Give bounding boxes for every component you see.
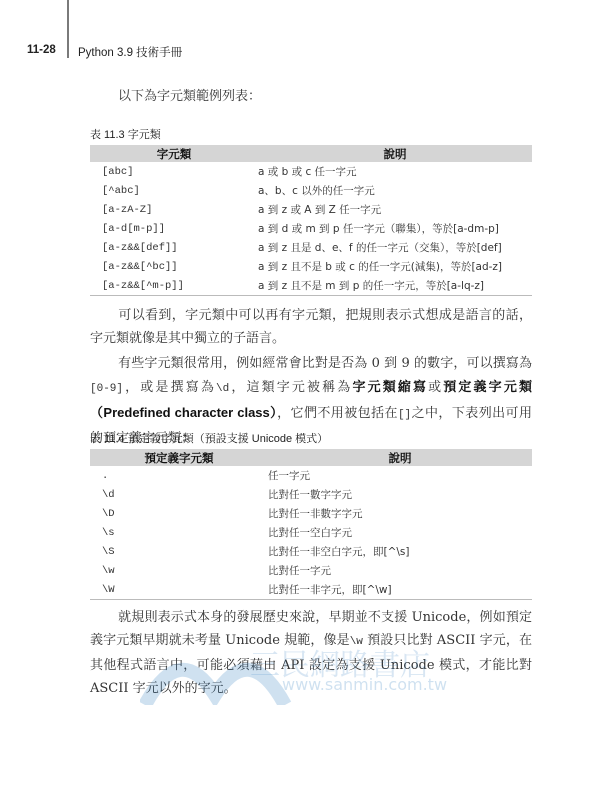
- description-cell: 比對任一非數字字元: [268, 504, 532, 523]
- table-row: [a-z&&[def]]a 到 z 且是 d、e、f 的任一字元（交集），等於[…: [90, 238, 532, 257]
- paragraph-text: ，或是撰寫為: [123, 380, 216, 395]
- bold-term: 字元類縮寫: [352, 379, 428, 394]
- page-number: 11-28: [27, 44, 56, 56]
- book-title: Python 3.9 技術手冊: [78, 44, 182, 60]
- description-cell: 任一字元: [268, 466, 532, 485]
- pattern-cell: \d: [90, 485, 268, 504]
- table-character-classes: 字元類 說明 [abc]a 或 b 或 c 任一字元 [^abc]a、b、c 以…: [90, 145, 532, 296]
- pattern-cell: [a-d[m-p]]: [90, 219, 258, 238]
- table2-caption: 表 11.4 預定義字元類（預設支援 Unicode 模式）: [90, 430, 328, 446]
- description-cell: a 到 z 且是 d、e、f 的任一字元（交集），等於[def]: [258, 238, 532, 257]
- pattern-cell: [a-zA-Z]: [90, 200, 258, 219]
- column-header-pattern: 字元類: [90, 145, 258, 162]
- column-header-pattern: 預定義字元類: [90, 449, 268, 466]
- pattern-cell: \s: [90, 523, 268, 542]
- pattern-cell: [a-z&&[^bc]]: [90, 257, 258, 276]
- table-row: \s比對任一空白字元: [90, 523, 532, 542]
- table-row: [a-d[m-p]]a 到 d 或 m 到 p 任一字元（聯集），等於[a-dm…: [90, 219, 532, 238]
- pattern-cell: \S: [90, 542, 268, 561]
- paragraph-text: 可以看到，字元類中可以再有字元類，把規則表示式想成是語言的話，字元類就像是其中獨…: [90, 308, 532, 346]
- pattern-cell: [abc]: [90, 162, 258, 181]
- table-row: .任一字元: [90, 466, 532, 485]
- paragraph-text: 或: [428, 380, 443, 395]
- table-header-row: 預定義字元類 說明: [90, 449, 532, 466]
- table-row: [a-z&&[^bc]]a 到 z 且不是 b 或 c 的任一字元(減集)，等於…: [90, 257, 532, 276]
- description-cell: 比對任一空白字元: [268, 523, 532, 542]
- watermark-url: www.sanmin.com.tw: [282, 675, 447, 694]
- pattern-cell: \W: [90, 580, 268, 600]
- pattern-cell: [^abc]: [90, 181, 258, 200]
- paragraph-text: 有些字元類很常用，例如經常會比對是否為 0 到 9 的數字，可以撰寫為: [118, 356, 532, 371]
- inline-code: [0-9]: [90, 383, 123, 395]
- intro-paragraph: 以下為字元類範例列表：: [90, 85, 532, 108]
- table-row: [abc]a 或 b 或 c 任一字元: [90, 162, 532, 181]
- description-cell: 比對任一字元: [268, 561, 532, 580]
- table-predefined-classes: 預定義字元類 說明 .任一字元 \d比對任一數字字元 \D比對任一非數字字元 \…: [90, 449, 532, 600]
- pattern-cell: [a-z&&[def]]: [90, 238, 258, 257]
- description-cell: a、b、c 以外的任一字元: [258, 181, 532, 200]
- description-cell: a 到 d 或 m 到 p 任一字元（聯集），等於[a-dm-p]: [258, 219, 532, 238]
- pattern-cell: \w: [90, 561, 268, 580]
- description-cell: 比對任一數字字元: [268, 485, 532, 504]
- table-row: \d比對任一數字字元: [90, 485, 532, 504]
- table-row: \S比對任一非空白字元，即[^\s]: [90, 542, 532, 561]
- pattern-cell: [a-z&&[^m-p]]: [90, 276, 258, 296]
- paragraph-text: ，它們不用被包括在: [277, 406, 398, 421]
- description-cell: a 到 z 或 A 到 Z 任一字元: [258, 200, 532, 219]
- table-row: \w比對任一字元: [90, 561, 532, 580]
- column-header-description: 說明: [258, 145, 532, 162]
- table1-caption: 表 11.3 字元類: [90, 126, 161, 142]
- table-header-row: 字元類 說明: [90, 145, 532, 162]
- pattern-cell: \D: [90, 504, 268, 523]
- table-row: [a-zA-Z]a 到 z 或 A 到 Z 任一字元: [90, 200, 532, 219]
- description-cell: 比對任一非字元，即[^\w]: [268, 580, 532, 600]
- pattern-cell: .: [90, 466, 268, 485]
- description-cell: 比對任一非空白字元，即[^\s]: [268, 542, 532, 561]
- table-row: [a-z&&[^m-p]]a 到 z 且不是 m 到 p 的任一字元，等於[a-…: [90, 276, 532, 296]
- header-divider-line: [67, 0, 69, 58]
- paragraph-text: ，這類字元被稱為: [229, 380, 352, 395]
- column-header-description: 說明: [268, 449, 532, 466]
- description-cell: a 到 z 且不是 b 或 c 的任一字元(減集)，等於[ad-z]: [258, 257, 532, 276]
- inline-code: []: [398, 409, 411, 421]
- description-cell: a 或 b 或 c 任一字元: [258, 162, 532, 181]
- description-cell: a 到 z 且不是 m 到 p 的任一字元，等於[a-lq-z]: [258, 276, 532, 296]
- table-row: \W比對任一非字元，即[^\w]: [90, 580, 532, 600]
- inline-code: \d: [216, 383, 229, 395]
- intro-text: 以下為字元類範例列表：: [118, 89, 261, 104]
- table-row: [^abc]a、b、c 以外的任一字元: [90, 181, 532, 200]
- table-row: \D比對任一非數字字元: [90, 504, 532, 523]
- paragraph-nested-classes: 可以看到，字元類中可以再有字元類，把規則表示式想成是語言的話，字元類就像是其中獨…: [90, 304, 532, 350]
